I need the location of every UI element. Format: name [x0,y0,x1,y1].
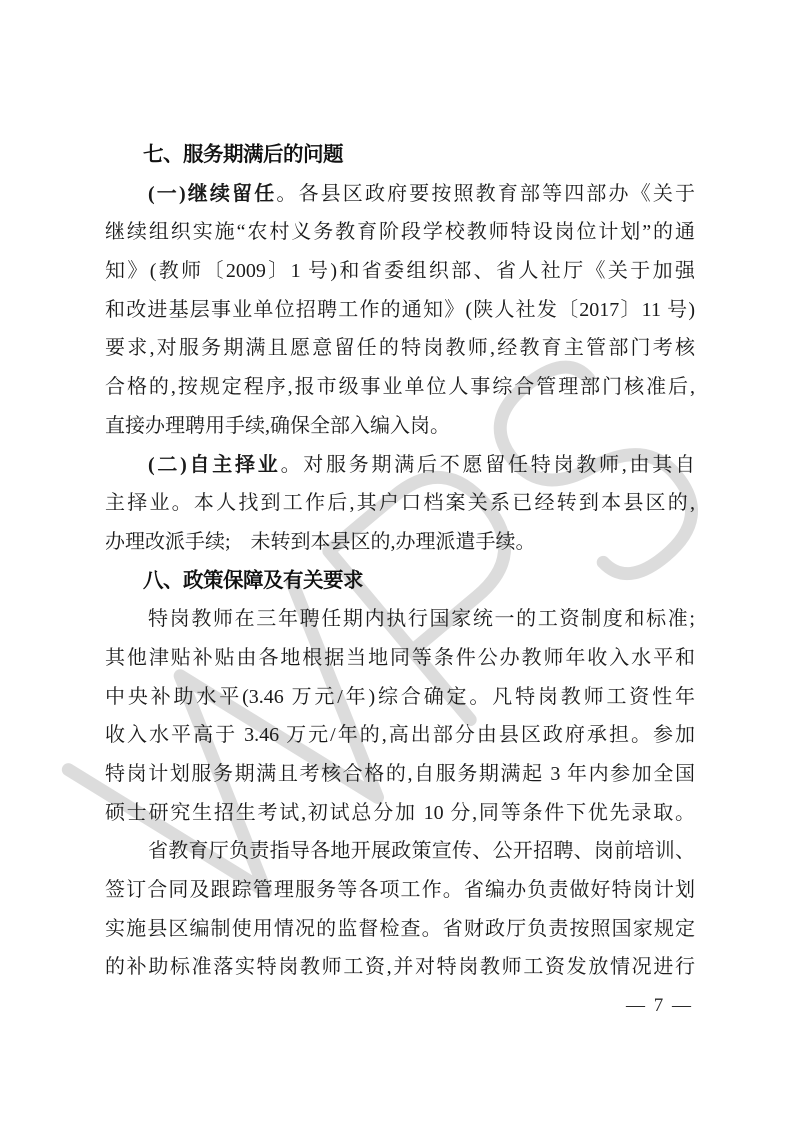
text-line: 主择业。本人找到工作后,其户口档案关系已经转到本县区的, [105,484,695,523]
text-line: 的补助标准落实特岗教师工资,并对特岗教师工资发放情况进行 [105,948,695,987]
text-line: 直接办理聘用手续,确保全部入编入岗。 [105,407,695,446]
text-line: 合格的,按规定程序,报市级事业单位人事综合管理部门核准后, [105,368,695,407]
text-line: 要求,对服务期满且愿意留任的特岗教师,经教育主管部门考核 [105,329,695,368]
paragraph-text: 。各县区政府要按照教育部等四部办《关于 [276,183,695,205]
text-line: 特岗计划服务期满且考核合格的,自服务期满起 3 年内参加全国 [105,755,695,794]
paragraph-text: 。对服务期满后不愿留任特岗教师,由其自 [281,454,695,476]
paragraph-lead: (二)自主择业 [148,454,281,476]
text-line: 省教育厅负责指导各地开展政策宣传、公开招聘、岗前培训、 [105,832,695,871]
text-line: 特岗教师在三年聘任期内执行国家统一的工资制度和标准; [105,600,695,639]
text-line: 其他津贴补贴由各地根据当地同等条件公办教师年收入水平和 [105,639,695,678]
text-line: 办理改派手续; 未转到本县区的,办理派遣手续。 [105,523,695,562]
paragraph-lead: (一)继续留任 [148,183,276,205]
text-line: 知》(教师〔2009〕1 号)和省委组织部、省人社厅《关于加强 [105,252,695,291]
text-line: 和改进基层事业单位招聘工作的通知》(陕人社发〔2017〕11 号) [105,291,695,330]
section-heading: 七、服务期满后的问题 [105,136,695,175]
document-page: 七、服务期满后的问题(一)继续留任。各县区政府要按照教育部等四部办《关于继续组织… [0,0,793,1122]
text-line: 收入水平高于 3.46 万元/年的,高出部分由县区政府承担。参加 [105,716,695,755]
text-line: (二)自主择业。对服务期满后不愿留任特岗教师,由其自 [105,446,695,485]
section-heading: 八、政策保障及有关要求 [105,562,695,601]
text-line: 继续组织实施“农村义务教育阶段学校教师特设岗位计划”的通 [105,213,695,252]
text-line: 实施县区编制使用情况的监督检查。省财政厅负责按照国家规定 [105,910,695,949]
text-line: (一)继续留任。各县区政府要按照教育部等四部办《关于 [105,175,695,214]
page-number: — 7 — [626,992,693,1020]
text-line: 签订合同及跟踪管理服务等各项工作。省编办负责做好特岗计划 [105,871,695,910]
document-body: 七、服务期满后的问题(一)继续留任。各县区政府要按照教育部等四部办《关于继续组织… [105,136,695,987]
text-line: 中央补助水平(3.46 万元/年)综合确定。凡特岗教师工资性年 [105,678,695,717]
text-line: 硕士研究生招生考试,初试总分加 10 分,同等条件下优先录取。 [105,794,695,833]
